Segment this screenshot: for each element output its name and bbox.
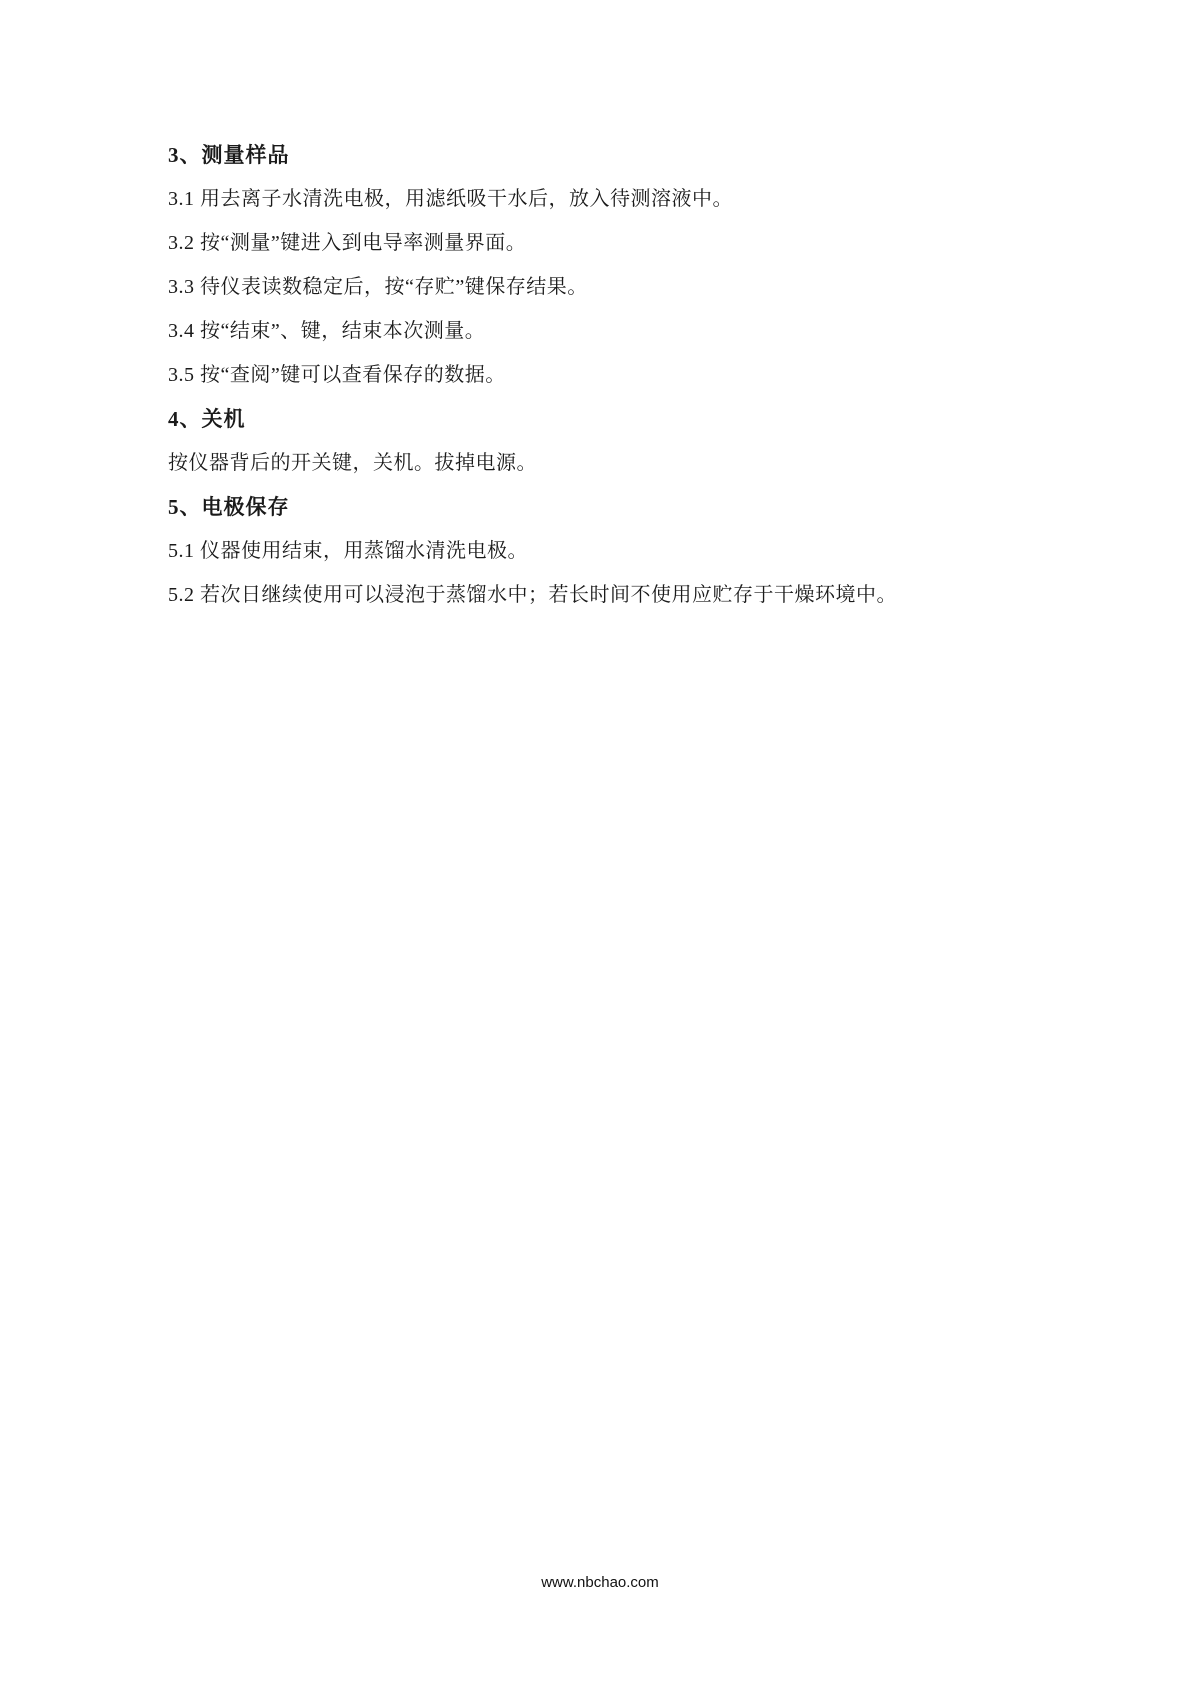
para-section-4: 按仪器背后的开关键，关机。拔掉电源。 xyxy=(168,441,1070,485)
document-content: 3、测量样品 3.1 用去离子水清洗电极，用滤纸吸干水后，放入待测溶液中。 3.… xyxy=(168,133,1070,617)
step-5-2: 5.2 若次日继续使用可以浸泡于蒸馏水中；若长时间不使用应贮存于干燥环境中。 xyxy=(168,573,1070,617)
footer-url: www.nbchao.com xyxy=(0,1574,1200,1591)
step-3-5: 3.5 按“查阅”键可以查看保存的数据。 xyxy=(168,353,1070,397)
step-5-1: 5.1 仪器使用结束，用蒸馏水清洗电极。 xyxy=(168,529,1070,573)
step-3-1: 3.1 用去离子水清洗电极，用滤纸吸干水后，放入待测溶液中。 xyxy=(168,177,1070,221)
heading-section-4: 4、关机 xyxy=(168,397,1070,441)
step-3-2: 3.2 按“测量”键进入到电导率测量界面。 xyxy=(168,221,1070,265)
heading-section-5: 5、电极保存 xyxy=(168,485,1070,529)
step-3-4: 3.4 按“结束”、键，结束本次测量。 xyxy=(168,309,1070,353)
document-page: 3、测量样品 3.1 用去离子水清洗电极，用滤纸吸干水后，放入待测溶液中。 3.… xyxy=(0,0,1200,1697)
heading-section-3: 3、测量样品 xyxy=(168,133,1070,177)
step-3-3: 3.3 待仪表读数稳定后，按“存贮”键保存结果。 xyxy=(168,265,1070,309)
